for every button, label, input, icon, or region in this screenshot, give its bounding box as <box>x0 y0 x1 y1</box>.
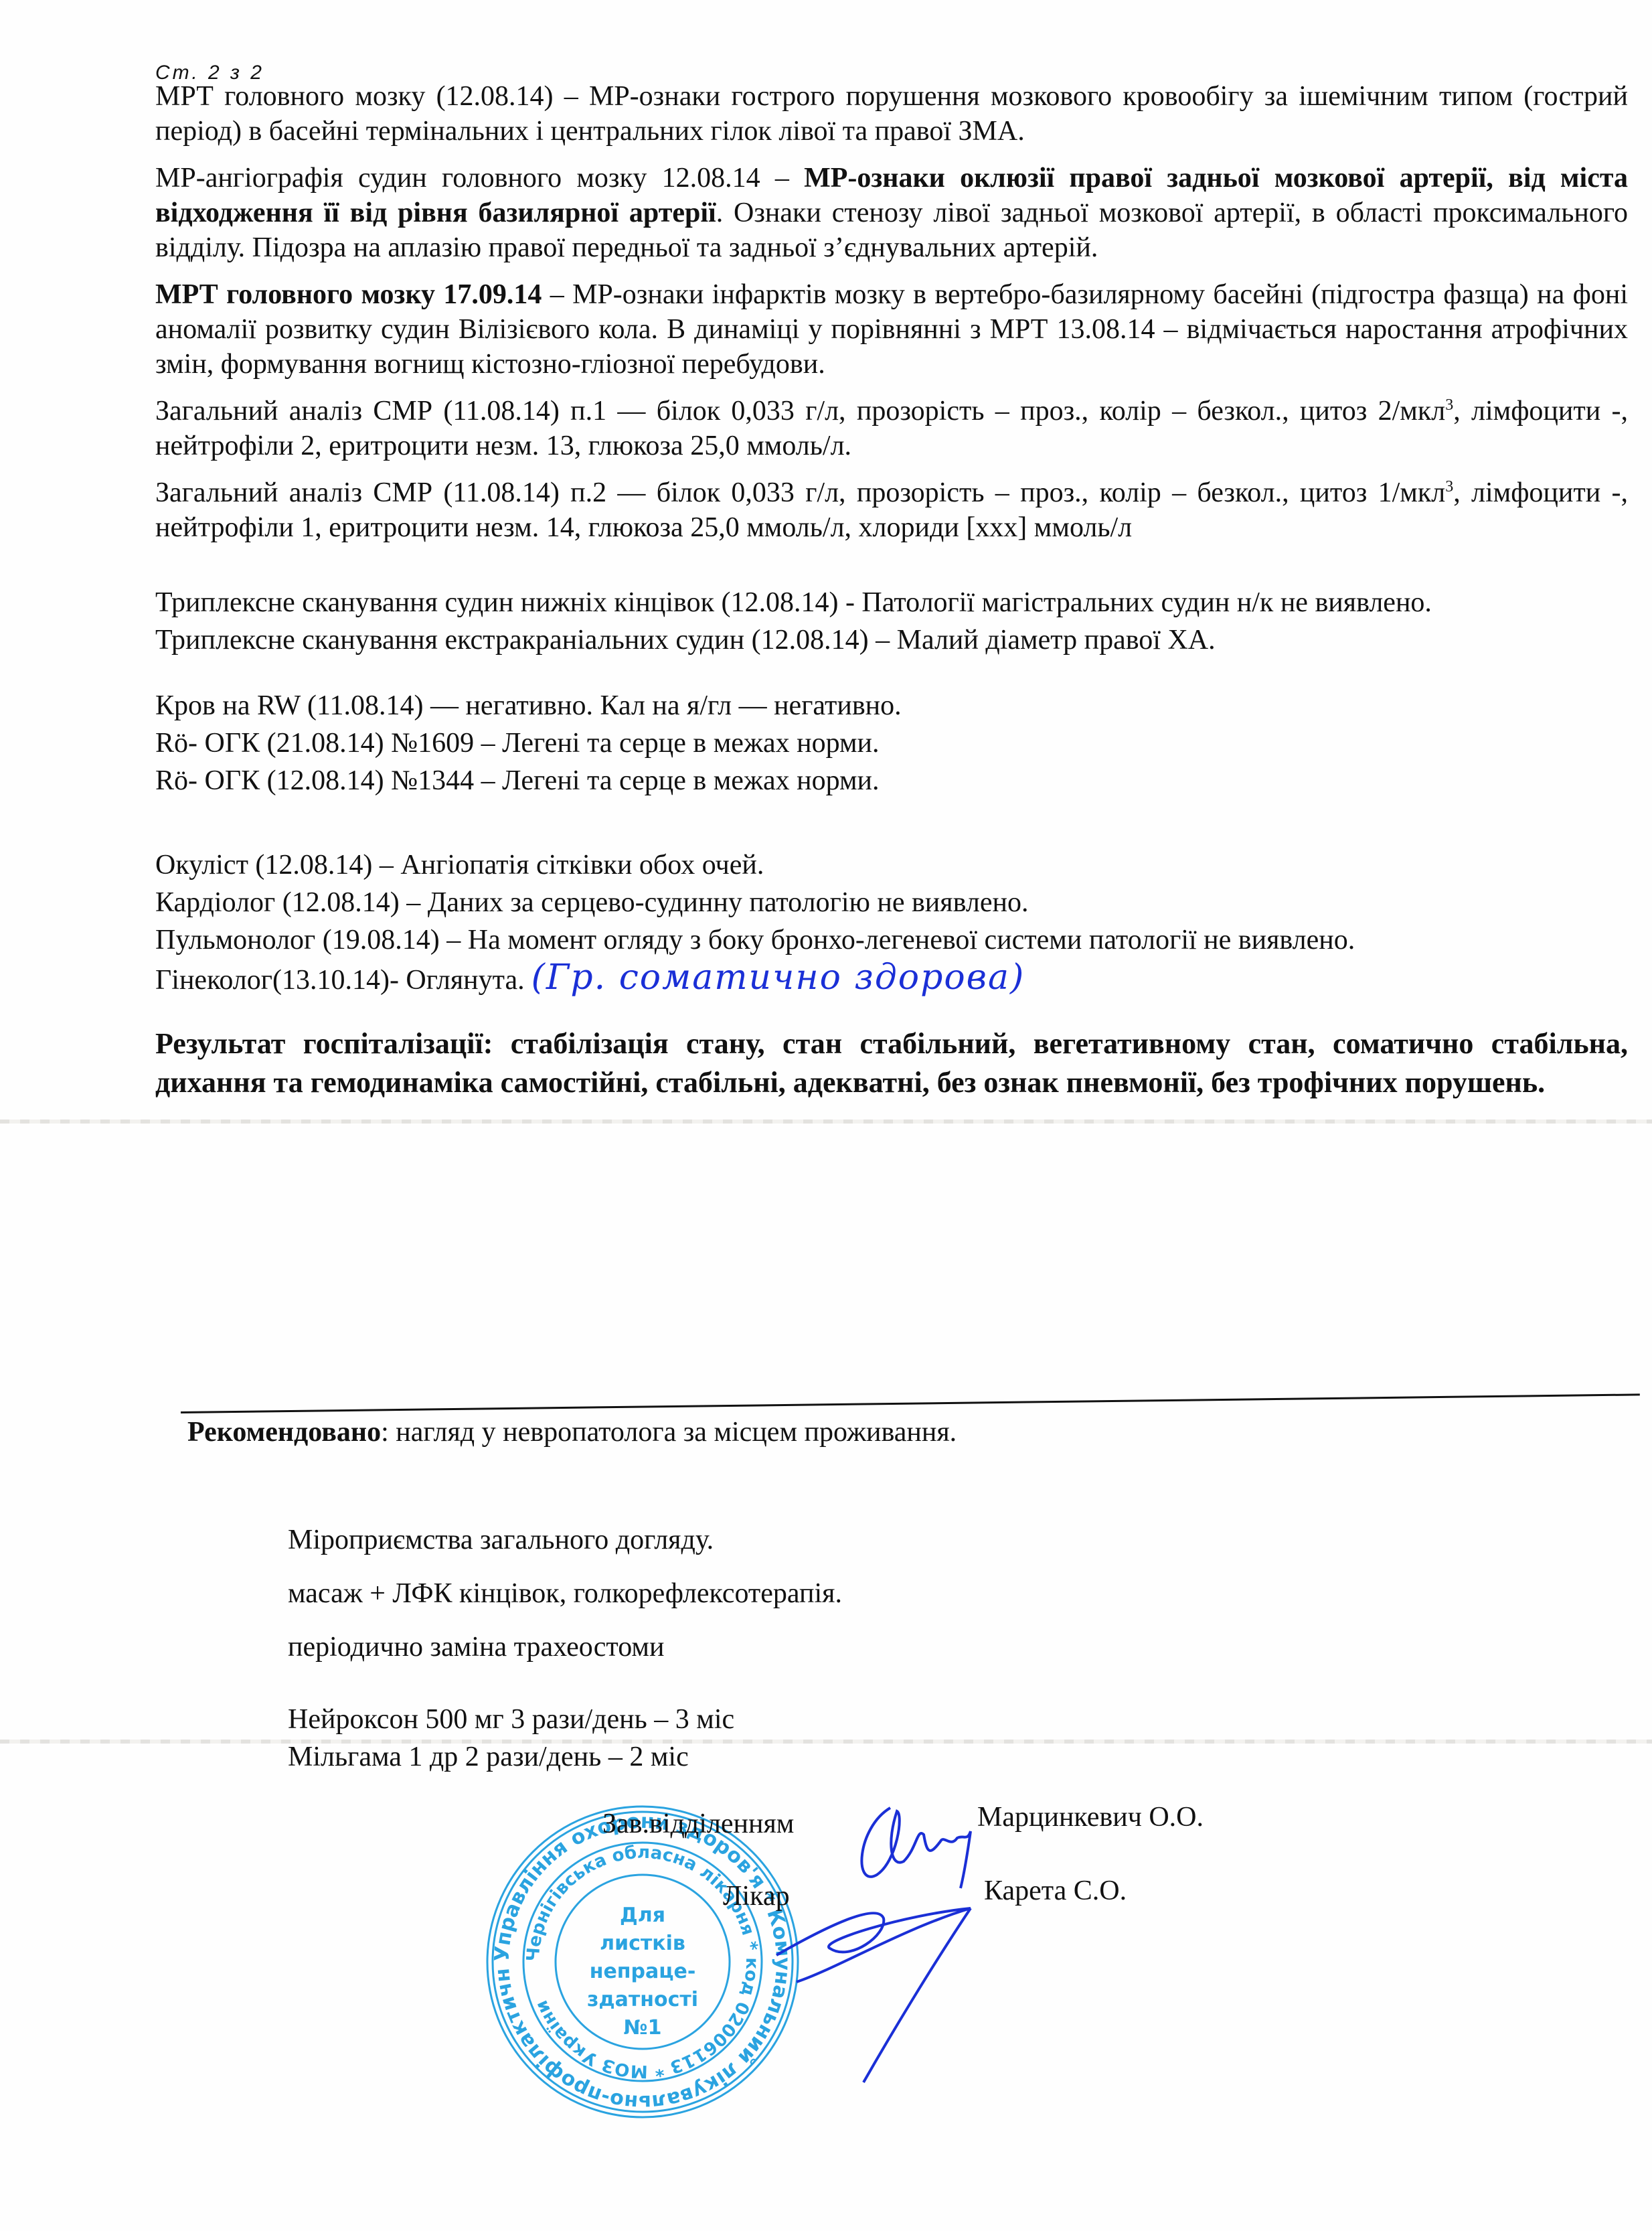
superscript: 3 <box>1445 478 1453 495</box>
consult-pulmonologist: Пульмонолог (19.08.14) – На момент огляд… <box>155 923 1628 957</box>
section-divider <box>181 1393 1640 1413</box>
medications: Нейроксон 500 мг 3 рази/день – 3 міс Міл… <box>288 1701 842 1776</box>
csf-text: Загальний аналіз СМР (11.08.14) п.1 — бі… <box>155 396 1445 427</box>
recommendation-label: Рекомендовано <box>187 1417 381 1448</box>
plan-item: Міроприємства загального догляду. <box>288 1513 842 1567</box>
lab-rw: Кров на RW (11.08.14) — негативно. Кал н… <box>155 688 1628 723</box>
finding-csf-2: Загальний аналіз СМР (11.08.14) п.2 — бі… <box>155 475 1628 545</box>
csf-text: Загальний аналіз СМР (11.08.14) п.2 — бі… <box>155 477 1445 508</box>
handwritten-note: (Гр. соматично здорова) <box>531 957 1025 998</box>
handwritten-signature-icon <box>850 1801 984 1895</box>
finding-lead: МРТ головного мозку 17.09.14 <box>155 279 542 310</box>
recommendation-text: : нагляд у невропатолога за місцем прожи… <box>381 1417 957 1448</box>
finding-mri-1: МРТ головного мозку (12.08.14) – МР-озна… <box>155 79 1628 149</box>
handwritten-signature-icon <box>770 1888 1011 2089</box>
hospitalization-result: Результат госпіталізації: стабілізація с… <box>155 1024 1628 1102</box>
finding-lead: МРТ головного мозку (12.08.14) – <box>155 81 589 112</box>
svg-text:здатності: здатності <box>587 1988 698 2011</box>
svg-text:Для: Для <box>620 1904 665 1927</box>
plan-item: масаж + ЛФК кінцівок, голкорефлексотерап… <box>288 1567 842 1620</box>
consult-gynecologist: Гінеколог(13.10.14)- Оглянута.(Гр. сомат… <box>155 960 1628 998</box>
superscript: 3 <box>1445 396 1453 414</box>
finding-csf-1: Загальний аналіз СМР (11.08.14) п.1 — бі… <box>155 394 1628 463</box>
recommendation: Рекомендовано: нагляд у невропатолога за… <box>187 1416 957 1448</box>
signature-role-head: Зав.відділенням <box>602 1808 794 1840</box>
gynecologist-text: Гінеколог(13.10.14)- Оглянута. <box>155 965 525 996</box>
document-body: МРТ головного мозку (12.08.14) – МР-озна… <box>155 79 1628 1132</box>
svg-text:листків: листків <box>600 1932 685 1955</box>
lab-xray-1: Rö- ОГК (21.08.14) №1609 – Легені та сер… <box>155 726 1628 761</box>
finding-mri-2: МРТ головного мозку 17.09.14 – МР-ознаки… <box>155 277 1628 382</box>
medication-item: Нейроксон 500 мг 3 рази/день – 3 міс <box>288 1701 842 1738</box>
signature-name-head: Марцинкевич О.О. <box>977 1801 1204 1833</box>
consult-ophthalmologist: Окуліст (12.08.14) – Ангіопатія сітківки… <box>155 848 1628 882</box>
scan-lower-limbs: Триплексне сканування судин нижніх кінці… <box>155 585 1628 620</box>
scan-extracranial: Триплексне сканування екстракраніальних … <box>155 623 1628 658</box>
lab-xray-2: Rö- ОГК (12.08.14) №1344 – Легені та сер… <box>155 763 1628 798</box>
care-plan: Міроприємства загального догляду. масаж … <box>288 1513 842 1776</box>
svg-text:непраце-: непраце- <box>590 1960 696 1983</box>
medication-item: Мільгама 1 др 2 рази/день – 2 міс <box>288 1738 842 1776</box>
finding-mra: МР-ангіографія судин головного мозку 12.… <box>155 161 1628 265</box>
result-label: Результат госпіталізації: <box>155 1027 493 1060</box>
consult-cardiologist: Кардіолог (12.08.14) – Даних за серцево-… <box>155 885 1628 920</box>
official-stamp-icon: Управління охорони здоров'я * Комунальни… <box>482 1801 803 2123</box>
plan-item: періодично заміна трахеостоми <box>288 1620 842 1674</box>
document-page: Ст. 2 з 2 МРТ головного мозку (12.08.14)… <box>0 0 1652 2231</box>
svg-text:№1: №1 <box>624 2016 662 2040</box>
finding-lead: МР-ангіографія судин головного мозку 12.… <box>155 163 804 194</box>
